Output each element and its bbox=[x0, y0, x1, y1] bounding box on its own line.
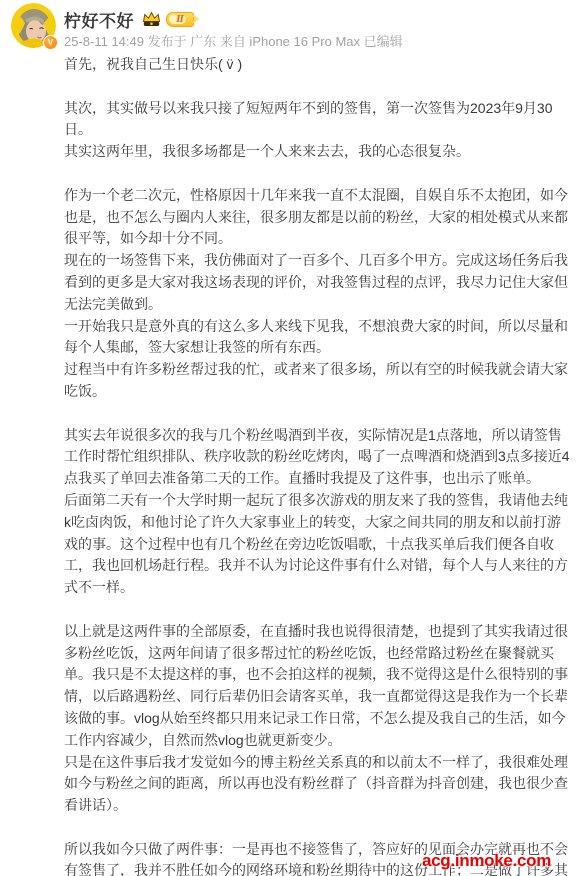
member-crown-icon[interactable] bbox=[141, 11, 162, 28]
post-content: 首先，祝我自己生日快乐( v̈ ) 其次，其实做号以来我只接了短短两年不到的签售… bbox=[64, 54, 571, 876]
member-level-badge[interactable]: Ⅱ bbox=[166, 12, 194, 27]
post-meta: 25-8-11 14:49 发布于 广东 来自 iPhone 16 Pro Ma… bbox=[64, 31, 403, 50]
post-paragraph: 首先，祝我自己生日快乐( v̈ ) bbox=[64, 54, 571, 76]
post-paragraph: 其实去年说很多次的我与几个粉丝喝酒到半夜，实际情况是1点落地，所以请签售工作时帮… bbox=[64, 425, 571, 599]
name-row: 柠好不好 Ⅱ bbox=[64, 8, 194, 30]
post-paragraph: 其次，其实做号以来我只接了短短两年不到的签售，第一次签售为2023年9月30日。… bbox=[64, 98, 571, 163]
member-level-label: Ⅱ bbox=[176, 14, 184, 25]
weibo-post-card: V 柠好不好 Ⅱ 25-8-11 14:49 发布于 广东 来自 iPhone … bbox=[0, 0, 580, 876]
username[interactable]: 柠好不好 bbox=[64, 7, 134, 32]
member-badge-tail-icon bbox=[191, 14, 200, 25]
watermark: acg.inmoke.com bbox=[422, 851, 551, 871]
avatar[interactable]: V bbox=[11, 3, 56, 48]
post-paragraph: 作为一个老二次元，性格原因十几年来我一直不太混圈，自娱自乐不太抱团，如今也是，也… bbox=[64, 185, 571, 403]
post-paragraph: 以上就是这两件事的全部原委，在直播时我也说得很清楚，也提到了其实我请过很多粉丝吃… bbox=[64, 621, 571, 817]
verified-v-icon: V bbox=[43, 35, 58, 50]
